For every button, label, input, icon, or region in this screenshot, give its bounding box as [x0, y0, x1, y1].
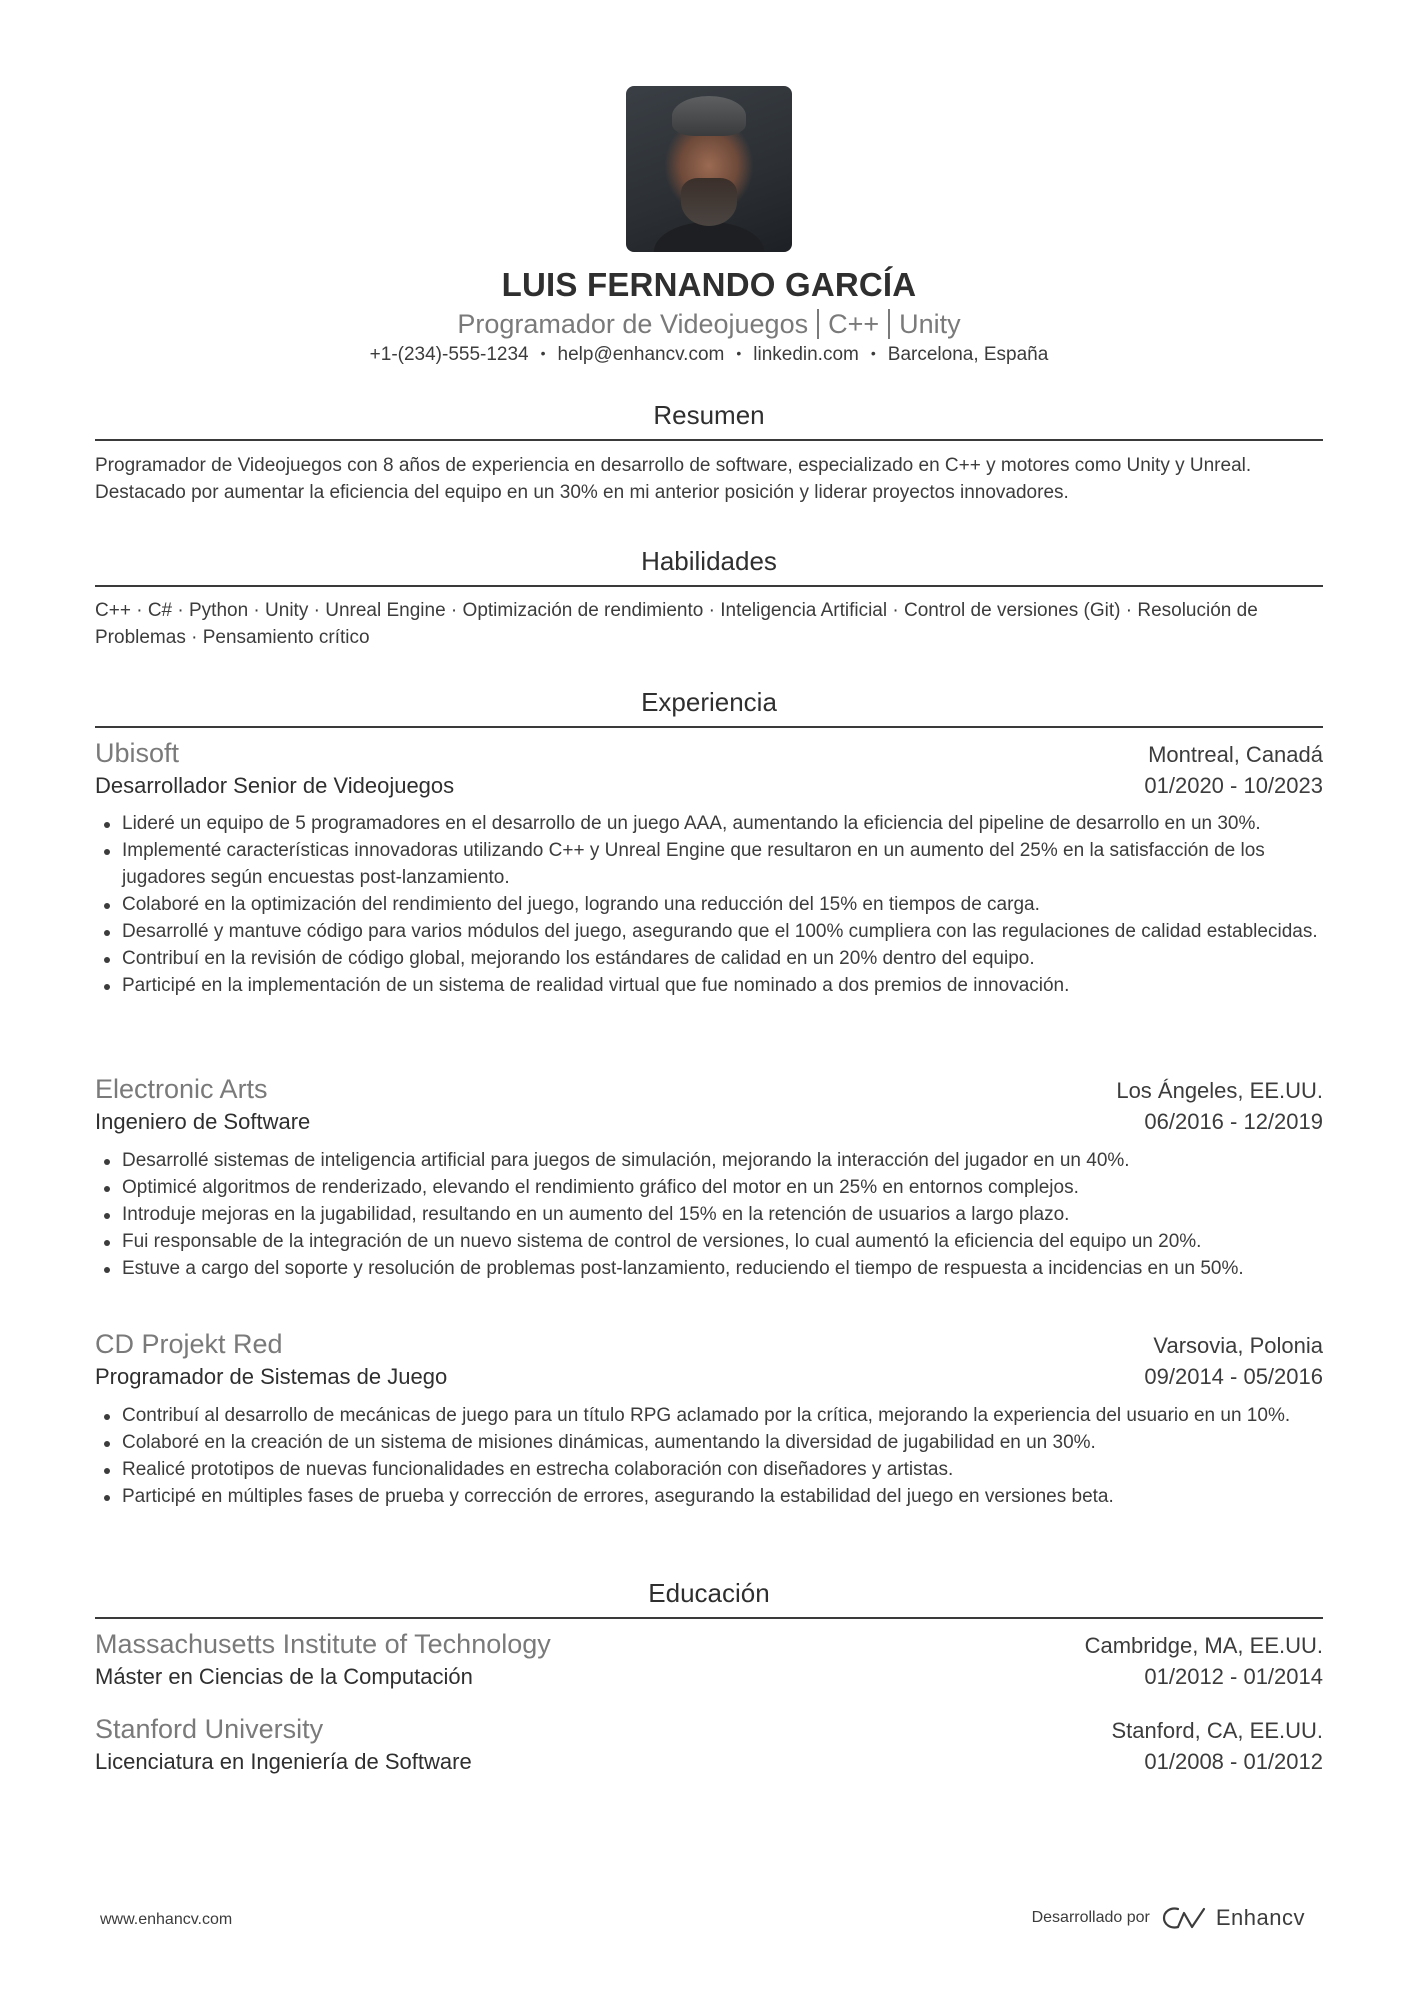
- bullet-item: Implementé características innovadoras u…: [122, 837, 1323, 891]
- skill-item: Control de versiones (Git): [904, 600, 1120, 621]
- bullet-item: Desarrollé y mantuve código para varios …: [122, 918, 1323, 945]
- bullet-item: Fui responsable de la integración de un …: [122, 1228, 1323, 1255]
- job-location: Varsovia, Polonia: [1153, 1333, 1323, 1359]
- company-name: Ubisoft: [95, 738, 179, 769]
- candidate-name: LUIS FERNANDO GARCÍA: [95, 266, 1323, 304]
- education-dates: 01/2008 - 01/2012: [1144, 1749, 1323, 1775]
- job-bullets: Desarrollé sistemas de inteligencia arti…: [95, 1147, 1323, 1282]
- education-header: Stanford University Stanford, CA, EE.UU.: [95, 1714, 1323, 1745]
- section-heading-experience: Experiencia: [95, 687, 1323, 718]
- bullet-item: Optimicé algoritmos de renderizado, elev…: [122, 1174, 1323, 1201]
- skill-separator: ·: [1120, 600, 1137, 621]
- section-heading-education: Educación: [95, 1578, 1323, 1609]
- education-subheader: Máster en Ciencias de la Computación 01/…: [95, 1664, 1323, 1690]
- skill-item: Python: [189, 600, 248, 621]
- skill-separator: ·: [186, 627, 203, 648]
- contact-separator: •: [736, 345, 741, 361]
- job-role: Desarrollador Senior de Videojuegos: [95, 773, 454, 799]
- skill-separator: ·: [248, 600, 265, 621]
- contact-linkedin[interactable]: linkedin.com: [753, 344, 859, 365]
- bullet-item: Introduje mejoras en la jugabilidad, res…: [122, 1201, 1323, 1228]
- skill-item: Pensamiento crítico: [203, 627, 370, 648]
- title-part: Programador de Videojuegos: [457, 309, 808, 339]
- title-part: Unity: [899, 309, 961, 339]
- bullet-item: Desarrollé sistemas de inteligencia arti…: [122, 1147, 1323, 1174]
- job-location: Montreal, Canadá: [1148, 742, 1323, 768]
- photo-hair: [672, 96, 746, 136]
- job-dates: 01/2020 - 10/2023: [1144, 773, 1323, 799]
- education-subheader: Licenciatura en Ingeniería de Software 0…: [95, 1749, 1323, 1775]
- contact-separator: •: [541, 345, 546, 361]
- contact-location: Barcelona, España: [888, 344, 1049, 365]
- profile-photo: [626, 86, 792, 252]
- job-dates: 09/2014 - 05/2016: [1144, 1364, 1323, 1390]
- enhancv-logo-icon: [1162, 1905, 1208, 1931]
- photo-beard: [681, 178, 737, 226]
- job-subheader: Desarrollador Senior de Videojuegos 01/2…: [95, 773, 1323, 799]
- section-divider: [95, 585, 1323, 587]
- bullet-item: Colaboré en la optimización del rendimie…: [122, 891, 1323, 918]
- brand-name: Enhancv: [1216, 1905, 1305, 1931]
- job-subheader: Ingeniero de Software 06/2016 - 12/2019: [95, 1109, 1323, 1135]
- bullet-item: Lideré un equipo de 5 programadores en e…: [122, 810, 1323, 837]
- section-heading-skills: Habilidades: [95, 546, 1323, 577]
- skill-item: Unity: [265, 600, 308, 621]
- school-name: Massachusetts Institute of Technology: [95, 1629, 551, 1660]
- powered-by-label: Desarrollado por: [1032, 1909, 1150, 1927]
- summary-text: Programador de Videojuegos con 8 años de…: [95, 452, 1323, 506]
- skill-separator: ·: [131, 600, 148, 621]
- job-dates: 06/2016 - 12/2019: [1144, 1109, 1323, 1135]
- skill-item: Unreal Engine: [325, 600, 445, 621]
- school-location: Stanford, CA, EE.UU.: [1111, 1718, 1323, 1744]
- contact-info: +1-(234)-555-1234•help@enhancv.com•linke…: [95, 344, 1323, 366]
- education-header: Massachusetts Institute of Technology Ca…: [95, 1629, 1323, 1660]
- section-heading-summary: Resumen: [95, 400, 1323, 431]
- job-header: CD Projekt Red Varsovia, Polonia: [95, 1329, 1323, 1360]
- candidate-title: Programador de VideojuegosC++Unity: [95, 309, 1323, 340]
- skill-item: C++: [95, 600, 131, 621]
- degree: Licenciatura en Ingeniería de Software: [95, 1749, 472, 1775]
- bullet-item: Estuve a cargo del soporte y resolución …: [122, 1255, 1323, 1282]
- title-divider: [817, 309, 819, 339]
- job-header: Ubisoft Montreal, Canadá: [95, 738, 1323, 769]
- contact-email[interactable]: help@enhancv.com: [558, 344, 725, 365]
- job-bullets: Lideré un equipo de 5 programadores en e…: [95, 810, 1323, 999]
- title-divider: [888, 309, 890, 339]
- skill-item: C#: [148, 600, 172, 621]
- bullet-item: Contribuí en la revisión de código globa…: [122, 945, 1323, 972]
- school-name: Stanford University: [95, 1714, 323, 1745]
- contact-separator: •: [871, 345, 876, 361]
- skills-list: C++ · C# · Python · Unity · Unreal Engin…: [95, 597, 1323, 651]
- skill-separator: ·: [887, 600, 904, 621]
- skill-item: Inteligencia Artificial: [720, 600, 887, 621]
- job-location: Los Ángeles, EE.UU.: [1116, 1078, 1323, 1104]
- title-part: C++: [828, 309, 879, 339]
- education-dates: 01/2012 - 01/2014: [1144, 1664, 1323, 1690]
- bullet-item: Colaboré en la creación de un sistema de…: [122, 1429, 1323, 1456]
- bullet-item: Realicé prototipos de nuevas funcionalid…: [122, 1456, 1323, 1483]
- job-header: Electronic Arts Los Ángeles, EE.UU.: [95, 1074, 1323, 1105]
- job-subheader: Programador de Sistemas de Juego 09/2014…: [95, 1364, 1323, 1390]
- skill-item: Optimización de rendimiento: [463, 600, 704, 621]
- skill-separator: ·: [172, 600, 189, 621]
- school-location: Cambridge, MA, EE.UU.: [1085, 1633, 1323, 1659]
- job-role: Ingeniero de Software: [95, 1109, 310, 1135]
- footer-website[interactable]: www.enhancv.com: [100, 1911, 232, 1929]
- degree: Máster en Ciencias de la Computación: [95, 1664, 473, 1690]
- skill-separator: ·: [308, 600, 325, 621]
- section-divider: [95, 439, 1323, 441]
- skill-separator: ·: [703, 600, 720, 621]
- section-divider: [95, 1617, 1323, 1619]
- job-role: Programador de Sistemas de Juego: [95, 1364, 447, 1390]
- job-bullets: Contribuí al desarrollo de mecánicas de …: [95, 1402, 1323, 1510]
- skill-separator: ·: [446, 600, 463, 621]
- bullet-item: Participé en múltiples fases de prueba y…: [122, 1483, 1323, 1510]
- footer-branding: Desarrollado por Enhancv: [1032, 1905, 1305, 1931]
- bullet-item: Participé en la implementación de un sis…: [122, 972, 1323, 999]
- contact-phone[interactable]: +1-(234)-555-1234: [370, 344, 529, 365]
- bullet-item: Contribuí al desarrollo de mecánicas de …: [122, 1402, 1323, 1429]
- company-name: CD Projekt Red: [95, 1329, 283, 1360]
- company-name: Electronic Arts: [95, 1074, 268, 1105]
- section-divider: [95, 726, 1323, 728]
